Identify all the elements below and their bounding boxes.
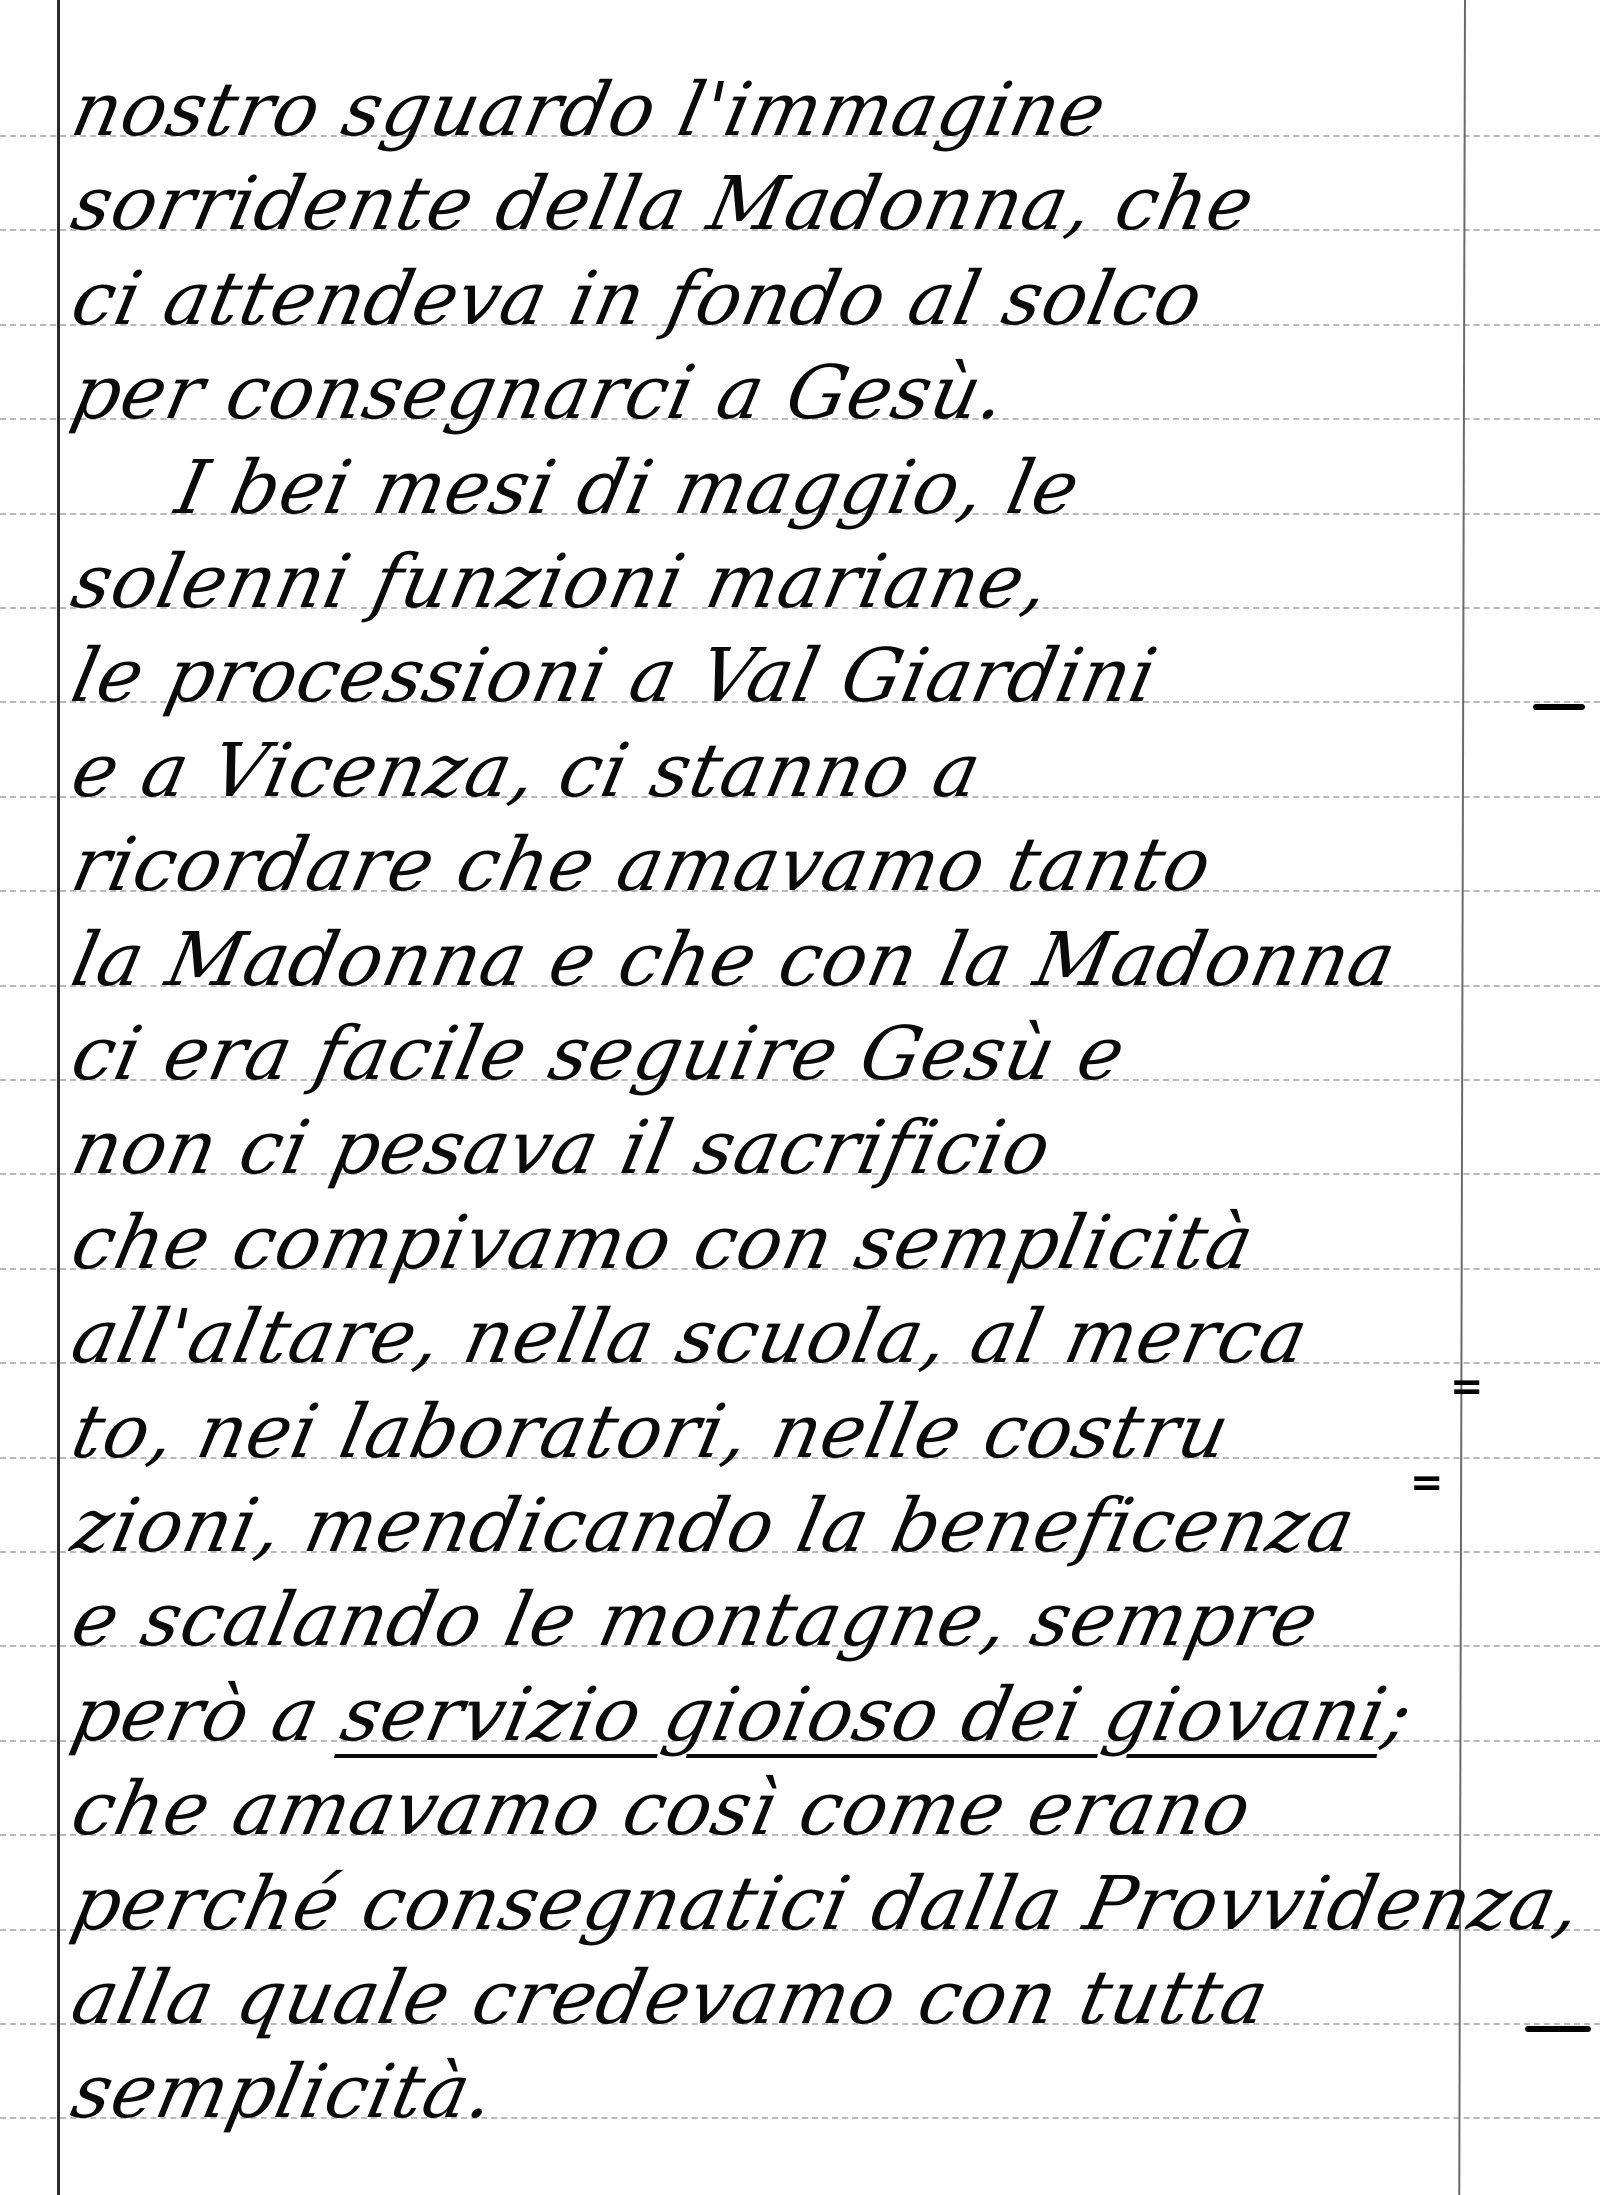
underlined-phrase: servizio gioioso dei giovani [334,1672,1395,1758]
text-line: zioni, mendicando la beneficenza [66,1489,1362,1563]
notebook-page: nostro sguardo l'immagine sorridente del… [0,0,1600,2195]
text-line: che compivamo con semplicità [66,1206,1260,1280]
text-line: che amavamo così come erano [66,1772,1258,1846]
text-line: ci era facile seguire Gesù e [66,1017,1132,1091]
text-line: per consegnarci a Gesù. [66,356,1013,430]
text-line: ci attendeva in fondo al solco [66,262,1209,336]
text-line-underlined: però a servizio gioioso dei giovani; [66,1678,1419,1752]
text-line: le processioni a Val Giardini [66,639,1163,713]
text-line: non ci pesava il sacrificio [66,1111,1058,1185]
text-line: e scalando le montagne, sempre [66,1583,1325,1657]
left-margin-line [57,0,60,2195]
text-line: sorridente della Madonna, che [66,167,1261,241]
margin-dash-mark [1533,704,1585,710]
text-line: nostro sguardo l'immagine [66,73,1113,147]
text-line-paragraph-start: I bei mesi di maggio, le [170,451,1086,525]
text-line: perché consegnatici dalla Provvidenza, [66,1867,1588,1941]
text-line: all'altare, nella scuola, al merca [66,1300,1314,1374]
text-line: alla quale credevamo con tutta [66,1961,1275,2035]
text-line: solenni funzioni mariane, [66,545,1056,619]
text-line: semplicità. [66,2055,502,2129]
text-line: la Madonna e che con la Madonna [66,923,1402,997]
hyphenation-mark: = [1450,1364,1484,1410]
text-line: ricordare che amavamo tanto [66,828,1218,902]
text-line: to, nei laboratori, nelle costru [66,1395,1236,1469]
text-segment: però a [65,1672,353,1758]
margin-dash-mark [1525,2026,1591,2032]
hyphenation-mark: = [1410,1460,1444,1506]
text-line: e a Vicenza, ci stanno a [66,734,988,808]
